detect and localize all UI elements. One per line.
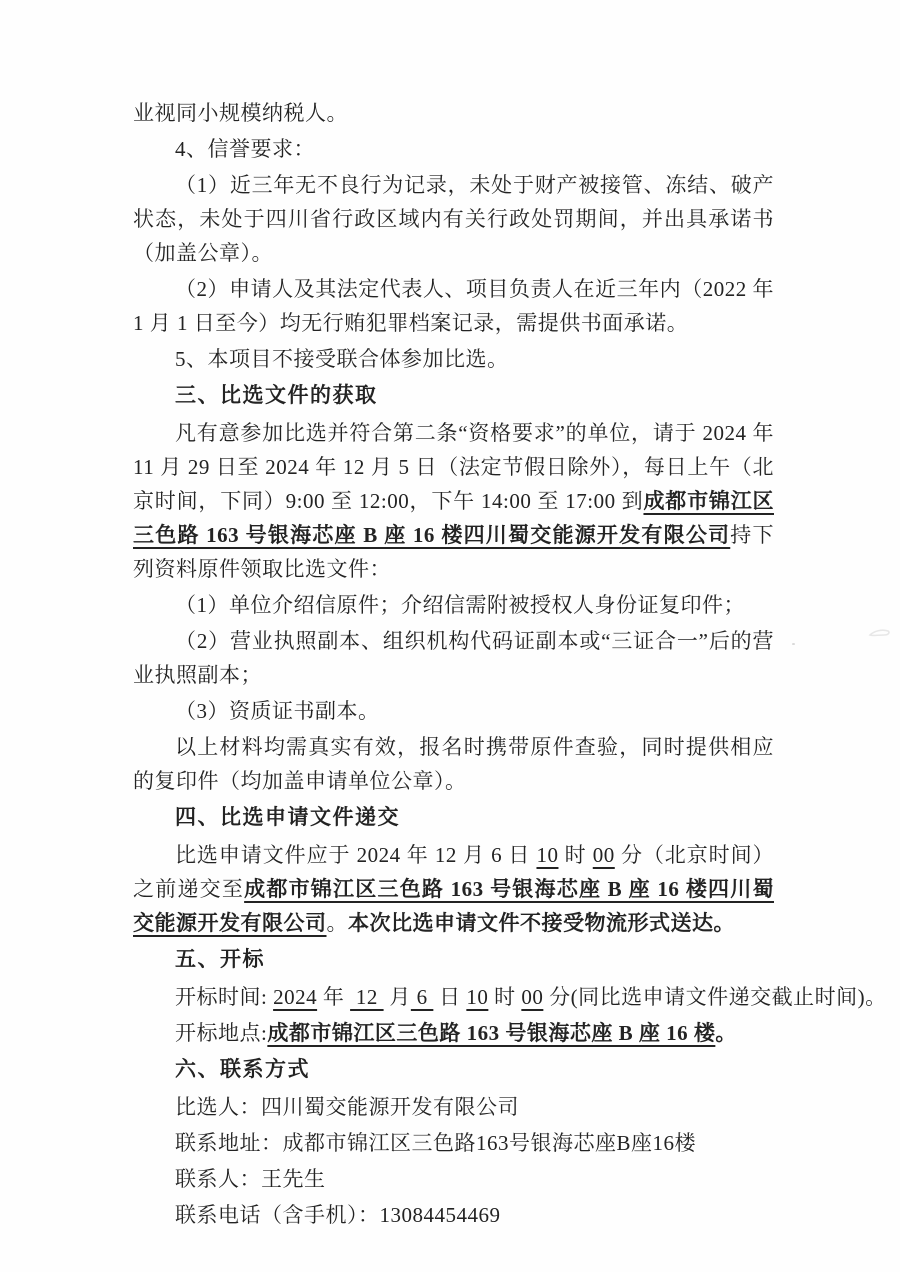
heading-section-5: 五、开标 <box>133 943 774 977</box>
para-doc-item-2: （2）营业执照副本、组织机构代码证副本或“三证合一”后的营业执照副本； <box>133 624 774 692</box>
para-no-consortium: 5、本项目不接受联合体参加比选。 <box>133 342 774 376</box>
text-run: 分(同比选申请文件递交截止时间)。 <box>543 985 886 1009</box>
para-obtain-documents: 凡有意参加比选并符合第二条“资格要求”的单位，请于 2024 年 11 月 29… <box>133 416 774 586</box>
text-run: 10 <box>466 985 488 1009</box>
text-run: 联系电话（含手机）：13084454469 <box>175 1203 501 1227</box>
text-run: （2）营业执照副本、组织机构代码证副本或“三证合一”后的营业执照副本； <box>133 629 774 687</box>
para-credit-item-1: （1）近三年无不良行为记录，未处于财产被接管、冻结、破产状态，未处于四川省行政区… <box>133 168 774 270</box>
text-run: 比选申请文件应于 2024 年 12 月 6 日 <box>175 843 536 867</box>
para-materials-validity: 以上材料均需真实有效，报名时携带原件查验，同时提供相应的复印件（均加盖申请单位公… <box>133 730 774 798</box>
heading-section-3: 三、比选文件的获取 <box>133 379 774 413</box>
document-page: 业视同小规模纳税人。4、信誉要求：（1）近三年无不良行为记录，未处于财产被接管、… <box>0 0 900 1272</box>
para-contact-phone: 联系电话（含手机）：13084454469 <box>133 1198 774 1232</box>
heading-section-4: 四、比选申请文件递交 <box>133 801 774 835</box>
text-run: 时 <box>488 985 521 1009</box>
text-run: 日 <box>433 985 466 1009</box>
para-credit-requirements-title: 4、信誉要求： <box>133 132 774 166</box>
text-run: （2）申请人及其法定代表人、项目负责人在近三年内（2022 年 1 月 1 日至… <box>133 277 774 335</box>
scan-dot-artifact <box>792 643 795 645</box>
para-submission: 比选申请文件应于 2024 年 12 月 6 日 10 时 00 分（北京时间）… <box>133 838 774 940</box>
text-run: 以上材料均需真实有效，报名时携带原件查验，同时提供相应的复印件（均加盖申请单位公… <box>133 735 774 793</box>
text-run: （1）单位介绍信原件；介绍信需附被授权人身份证复印件； <box>175 593 745 617</box>
text-run: 00 <box>593 843 615 867</box>
text-run: 成都市锦江区三色路 163 号银海芯座 B 座 16 楼 <box>267 1021 715 1045</box>
text-run: 。 <box>327 911 349 935</box>
text-run: 本次比选申请文件不接受物流形式送达。 <box>348 911 735 935</box>
para-selector-name: 比选人：四川蜀交能源开发有限公司 <box>133 1090 774 1124</box>
text-run: 三、比选文件的获取 <box>175 384 378 407</box>
text-run: 。 <box>715 1021 737 1045</box>
scan-smudge-artifact <box>868 624 892 640</box>
para-contact-person: 联系人：王先生 <box>133 1162 774 1196</box>
text-run: 联系地址：成都市锦江区三色路163号银海芯座B座16楼 <box>175 1131 696 1155</box>
text-run: 时 <box>558 843 592 867</box>
text-run: 六、联系方式 <box>175 1058 310 1081</box>
text-run: 业视同小规模纳税人。 <box>133 101 348 125</box>
text-run: 5、本项目不接受联合体参加比选。 <box>175 347 509 371</box>
para-bid-opening-time: 开标时间: 2024 年 12 月 6 日 10 时 00 分(同比选申请文件递… <box>133 980 774 1014</box>
text-run: 比选人：四川蜀交能源开发有限公司 <box>175 1095 519 1119</box>
text-run: 12 <box>350 985 384 1009</box>
text-run: 开标时间: <box>175 985 273 1009</box>
document-body: 业视同小规模纳税人。4、信誉要求：（1）近三年无不良行为记录，未处于财产被接管、… <box>133 96 774 1234</box>
para-doc-item-3: （3）资质证书副本。 <box>133 694 774 728</box>
text-run: 开标地点: <box>175 1021 267 1045</box>
heading-section-6: 六、联系方式 <box>133 1053 774 1087</box>
text-run: 联系人：王先生 <box>175 1167 326 1191</box>
text-run: 月 <box>384 985 411 1009</box>
para-credit-item-2: （2）申请人及其法定代表人、项目负责人在近三年内（2022 年 1 月 1 日至… <box>133 272 774 340</box>
text-run: 4、信誉要求： <box>175 137 315 161</box>
para-bid-opening-place: 开标地点:成都市锦江区三色路 163 号银海芯座 B 座 16 楼。 <box>133 1016 774 1050</box>
text-run: 00 <box>521 985 543 1009</box>
text-run: （3）资质证书副本。 <box>175 699 380 723</box>
text-run: 6 <box>411 985 434 1009</box>
text-run: 五、开标 <box>175 948 265 971</box>
text-run: 年 <box>317 985 350 1009</box>
text-run: （1）近三年无不良行为记录，未处于财产被接管、冻结、破产状态，未处于四川省行政区… <box>133 173 774 265</box>
para-smalltax-continuation: 业视同小规模纳税人。 <box>133 96 774 130</box>
para-contact-address: 联系地址：成都市锦江区三色路163号银海芯座B座16楼 <box>133 1126 774 1160</box>
text-run: 10 <box>536 843 558 867</box>
para-doc-item-1: （1）单位介绍信原件；介绍信需附被授权人身份证复印件； <box>133 588 774 622</box>
text-run: 2024 <box>273 985 317 1009</box>
text-run: 四、比选申请文件递交 <box>175 806 400 829</box>
